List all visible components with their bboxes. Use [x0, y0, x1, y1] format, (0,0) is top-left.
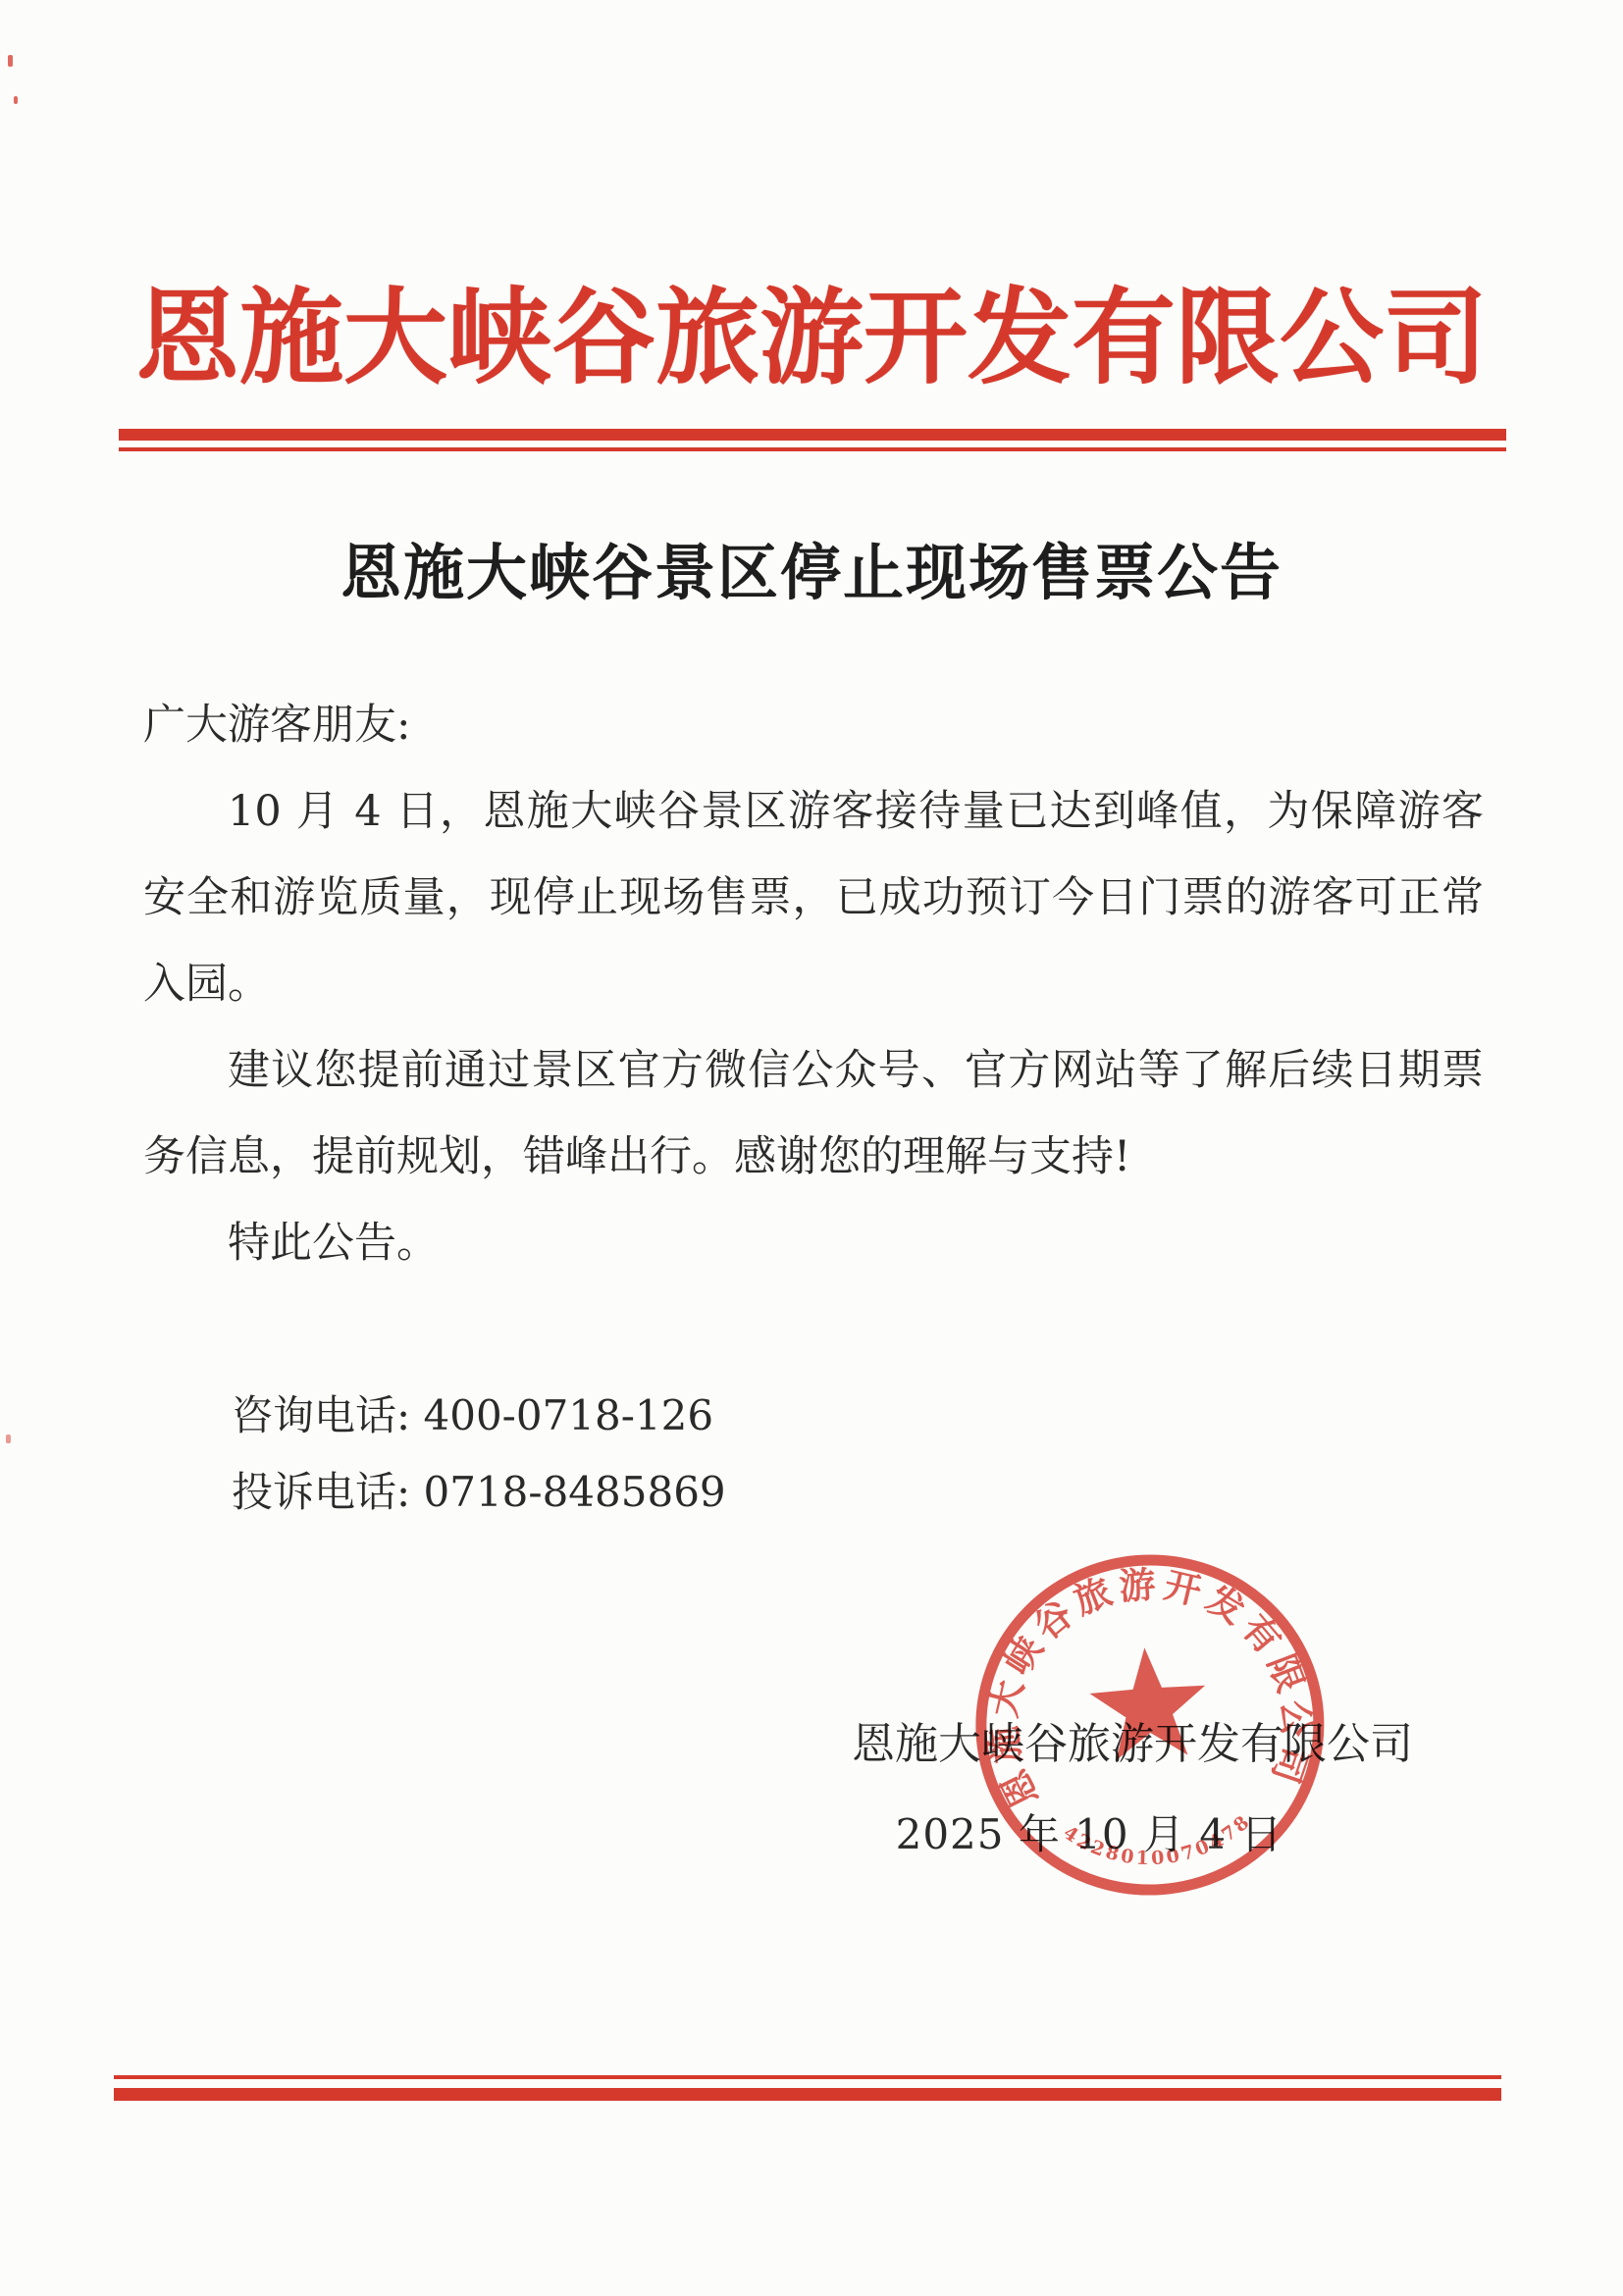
scan-speck	[6, 1435, 11, 1443]
company-seal: 恩施大峡谷旅游开发有限公司 4228010070478	[951, 1532, 1348, 1922]
scan-speck	[14, 96, 18, 104]
paragraph: 特此公告。	[143, 1200, 1484, 1286]
salutation: 广大游客朋友:	[143, 682, 1484, 768]
consult-phone-line: 咨询电话: 400-0718-126	[232, 1378, 726, 1454]
paragraph: 10 月 4 日，恩施大峡谷景区游客接待量已达到峰值，为保障游客安全和游览质量，…	[143, 768, 1484, 1027]
document-title: 恩施大峡谷景区停止现场售票公告	[0, 524, 1623, 611]
document-body: 广大游客朋友: 10 月 4 日，恩施大峡谷景区游客接待量已达到峰值，为保障游客…	[143, 682, 1484, 1286]
letterhead-rule-thick	[119, 429, 1506, 441]
contact-block: 咨询电话: 400-0718-126 投诉电话: 0718-8485869	[232, 1378, 726, 1531]
announcement-page: 恩施大峡谷旅游开发有限公司 恩施大峡谷景区停止现场售票公告 广大游客朋友: 10…	[0, 0, 1623, 2296]
letterhead-company-name: 恩施大峡谷旅游开发有限公司	[0, 273, 1623, 403]
paragraph: 建议您提前通过景区官方微信公众号、官方网站等了解后续日期票务信息，提前规划，错峰…	[143, 1027, 1484, 1200]
footer-rule-thin	[114, 2075, 1501, 2079]
scan-speck	[8, 55, 13, 67]
red-star-icon	[1086, 1644, 1210, 1761]
complaint-phone-line: 投诉电话: 0718-8485869	[232, 1454, 726, 1531]
footer-rule-thick	[114, 2088, 1501, 2101]
letterhead-rule-thin	[119, 447, 1506, 451]
